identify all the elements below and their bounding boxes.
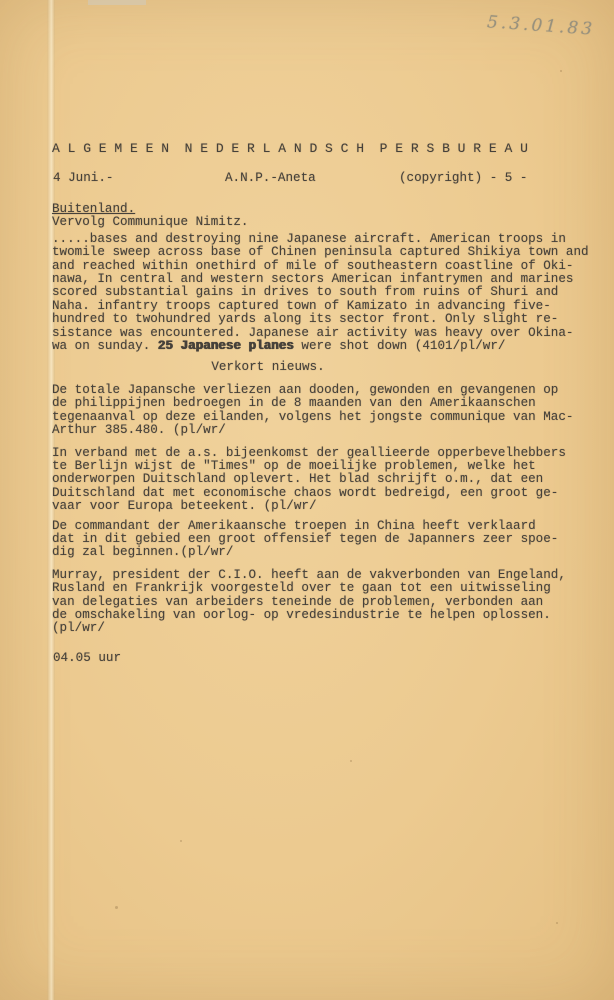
subheading-communique-nimitz: Vervolg Communique Nimitz. [52, 216, 608, 229]
timestamp: 04.05 uur [53, 651, 121, 665]
paragraph-nimitz-communique: .....bases and destroying nine Japanese … [52, 233, 608, 354]
document-page: 5.3.01.83 A L G E M E E N N E D E R L A … [0, 0, 614, 1000]
heading-verkort-nieuws: Verkort nieuws. [52, 361, 484, 374]
overstruck-text: 25 Japanese planes [158, 339, 294, 353]
copyright-page-number: (copyright) - 5 - [399, 171, 527, 185]
paper-speck [556, 922, 558, 924]
paragraph-text: .....bases and destroying nine Japanese … [52, 232, 589, 353]
agency-abbreviation: A.N.P.-Aneta [225, 171, 316, 185]
paper-speck [350, 760, 352, 762]
paper-speck [115, 906, 118, 909]
handwritten-archive-number: 5.3.01.83 [486, 12, 595, 39]
paragraph-china-offensive: De commandant der Amerikaansche troepen … [52, 520, 608, 560]
scan-edge-artifact [88, 0, 146, 5]
paragraph-murray-cio: Murray, president der C.I.O. heeft aan d… [52, 569, 608, 636]
paper-speck [180, 840, 182, 842]
paragraph-text: were shot down (4101/pl/wr/ [294, 339, 506, 353]
document-body: Buitenland. Vervolg Communique Nimitz. .… [52, 203, 608, 636]
date-line: 4 Juni.- [53, 171, 113, 185]
paragraph-berlin-times: In verband met de a.s. bijeenkomst der g… [52, 447, 608, 514]
paragraph-japanese-losses: De totale Japansche verliezen aan dooden… [52, 384, 608, 438]
agency-title: A L G E M E E N N E D E R L A N D S C H … [52, 141, 528, 156]
paper-speck [560, 70, 562, 72]
